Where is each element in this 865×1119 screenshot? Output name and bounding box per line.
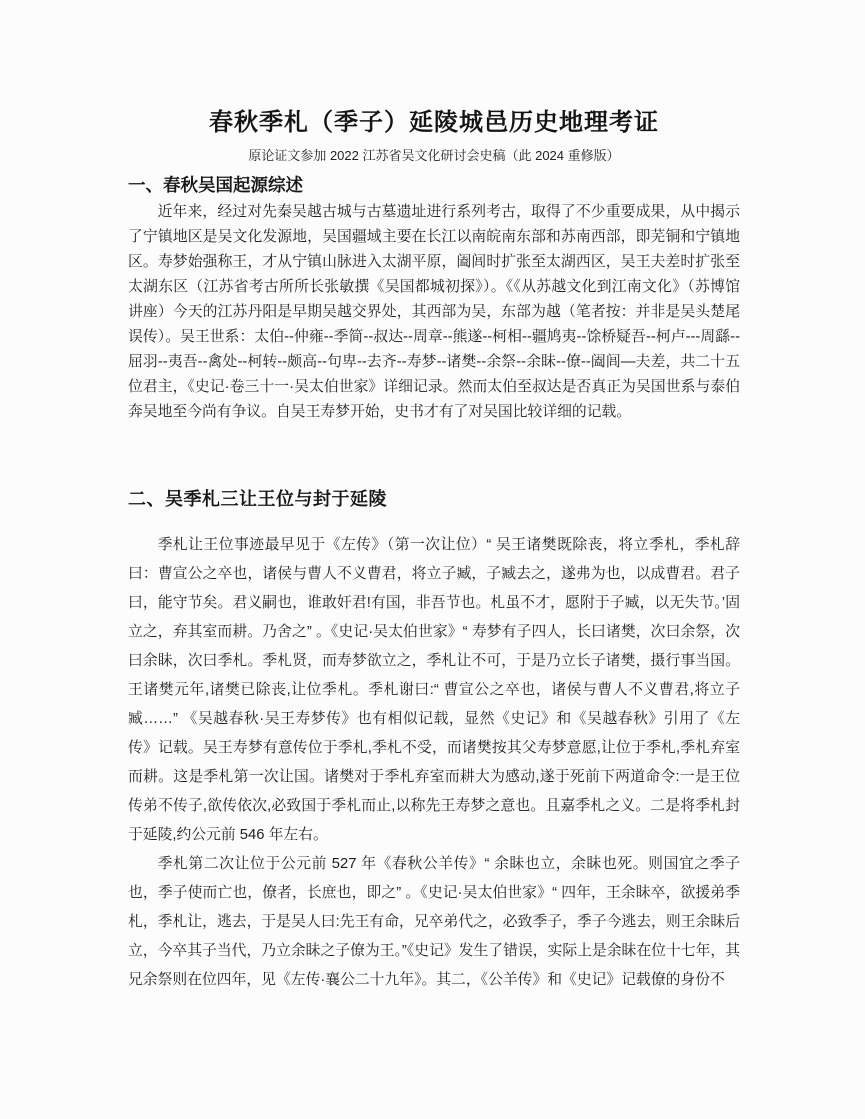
- document-content: 春秋季札（季子）延陵城邑历史地理考证 原论证文参加 2022 江苏省吴文化研讨会…: [0, 0, 865, 995]
- document-subtitle: 原论证文参加 2022 江苏省吴文化研讨会史稿（此 2024 重修版）: [128, 145, 740, 164]
- document-page: 春秋季札（季子）延陵城邑历史地理考证 原论证文参加 2022 江苏省吴文化研讨会…: [0, 0, 865, 1119]
- section-wu-origin: 一、春秋吴国起源综述 近年来，经过对先秦吴越古城与古墓遗址进行系列考古，取得了不…: [128, 172, 740, 425]
- body-paragraph: 近年来，经过对先秦吴越古城与古墓遗址进行系列考古，取得了不少重要成果，从中揭示了…: [128, 200, 740, 425]
- body-paragraph: 季札第二次让位于公元前 527 年《春秋公羊传》“ 余眛也立，余眛也死。则国宜之…: [128, 850, 740, 995]
- document-title: 春秋季札（季子）延陵城邑历史地理考证: [128, 106, 740, 140]
- section-heading-1: 一、春秋吴国起源综述: [128, 172, 740, 197]
- section-heading-2: 二、吴季札三让王位与封于延陵: [128, 485, 740, 511]
- body-paragraph: 季札让王位事迹最早见于《左传》（第一次让位）“ 吴王诸樊既除丧，将立季札，季札辞…: [128, 531, 740, 850]
- section-jizha-yield-throne: 二、吴季札三让王位与封于延陵 季札让王位事迹最早见于《左传》（第一次让位）“ 吴…: [128, 485, 740, 995]
